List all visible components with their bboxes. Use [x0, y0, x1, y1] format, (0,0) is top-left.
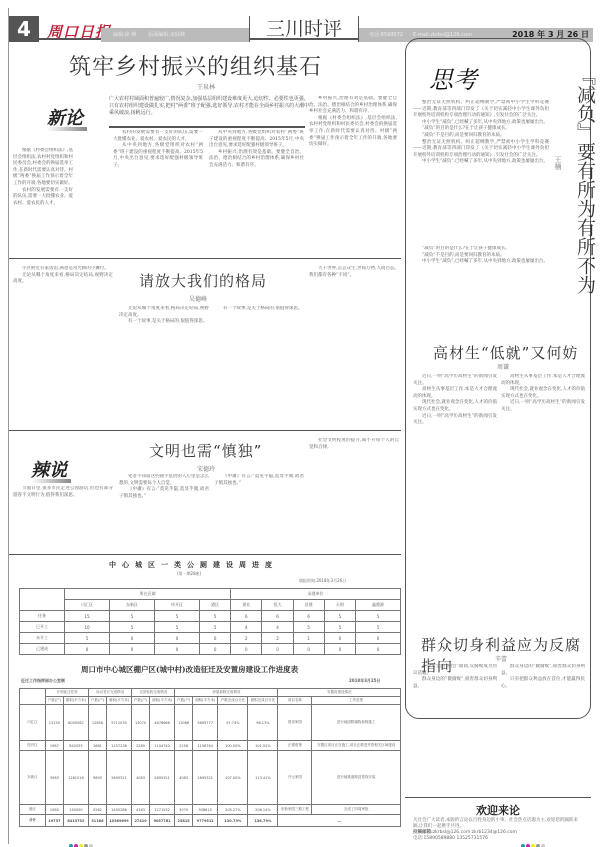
article-title: 请放大我们的格局 — [139, 270, 267, 291]
article-column: 节假日里,很多市民走进公园游玩,但也有部分游客不文明行为,值得我们深思。 — [13, 486, 113, 548]
divider — [109, 126, 305, 128]
page-number: 4 — [9, 16, 39, 42]
sidebar-author: 王楠 — [553, 156, 563, 170]
table-row: 未开工500022100 — [20, 633, 401, 644]
editor: 编辑:徐 峰 — [113, 32, 136, 38]
article-column: 在今年全国“两会”期间,反腐败成为热议话题。群众身边的“微腐败”,损害群众切身利… — [413, 664, 497, 716]
article-lead: 广大农村村域面积普遍较广,情况复杂,加强基层组织建设难度更大,迫切性、必要性也更… — [109, 96, 309, 117]
table-row: 经开区1987842055168111572382289110474022581… — [20, 741, 401, 751]
table-row: 东新区3983126101698932695321408326953214083… — [20, 751, 401, 805]
divider — [9, 554, 401, 555]
article-column: 乡村振兴,治理有效是基础。要健全自治、法治、德治相结合的乡村治理体系,确保乡村社… — [309, 96, 397, 256]
masthead: 4 周口日报 编辑:徐 峰版面编辑:宋陆峰 三川时评 电话:8599572E-m… — [9, 8, 593, 40]
article-column: 根据《村委会组织法》,基层会组织法,农村村党组织和村民委员会,村委会的换届选举工… — [13, 148, 73, 253]
article-column: 农村的发展需要有一支好的队伍,需要一大批懂农业、爱农村、爱农民的人才。从中央到地… — [113, 130, 203, 255]
table-row: 港区15601500005562140528641631271532307093… — [20, 805, 401, 815]
article-column: 大千世界,芸芸众生,世间万物,人间百态。我们都有各种“不同”。 — [309, 266, 399, 426]
table-subtitle: (第一期28座) — [177, 571, 201, 577]
article-column: 《中庸》有言:“莫见乎隐,莫显乎微,故君子慎其独也。” — [214, 474, 304, 548]
table-issuer: 征迁工作指挥部办公室制 — [21, 678, 65, 684]
article-author: 辛蕾 — [495, 654, 507, 663]
article-column: 群众身边的“微腐败”,损害群众切身利益。只有把群众利益放在首位,才能赢得民心。 — [501, 664, 585, 716]
table-row: 任务1555566655 — [20, 611, 401, 622]
table-row: 合计19737841375231186103696992741090577612… — [20, 815, 401, 827]
table-row: 已建成000000000 — [20, 644, 401, 655]
toilet-progress-table: 所在区域承建单位 川汇区东新区经开区港区建业恒大昌建天明鑫鼎源 任务155556… — [19, 588, 401, 655]
divider — [9, 258, 401, 259]
welcome-text: 凡社会广大读者,本版约言论以百姓身边的小事、社会热点话题为主,欢迎您的踊跃来稿,… — [405, 818, 591, 830]
welcome-title: 欢迎来论 — [405, 802, 591, 818]
article-column: 高材生从事基层工作,本是人才合理流动的体现。现代社会,就业观念在变化,人才的价值… — [501, 374, 585, 586]
article-column: 从中央到地方,各级党组织对农村“两委”班子建设的重视程度不断提高。2015年5月… — [209, 130, 304, 255]
article-title: 筑牢乡村振兴的组织基石 — [69, 50, 359, 81]
stamp-sikao: 思考 — [429, 60, 477, 95]
table-title: 周口市中心城区棚户区(城中村)改造征迁及安置房建设工作进度表 — [81, 664, 298, 675]
divider — [9, 430, 401, 431]
table-row: 已开工1055544555 — [20, 622, 401, 633]
section-title: 三川时评 — [249, 16, 359, 42]
article-column: 小区附近有家饭馆,满意是常光顾的小摊位。无论从哪个角度来看,格局决定结局,视野决… — [13, 266, 113, 426]
welcome-submissions: 欢迎来论 凡社会广大读者,本版约言论以百姓身边的小事、社会热点话题为主,欢迎您的… — [405, 797, 591, 847]
article-author: 王泉林 — [197, 82, 215, 91]
sidebar-body: “减负”的目的是什么?在于让孩子健康成长。“减负”不是目的,而是要回归教育的本质… — [413, 246, 585, 314]
article-column: 近日,一则“高学历高材生”的新闻引发关注。高材生从事基层工作,本是人才合理流动的… — [413, 374, 497, 586]
table-title: 中心城区一类公厕建设周进度 — [109, 560, 278, 570]
article-column: 有一个故事,是关于格局的,很值得深思。 — [214, 306, 304, 426]
report-time: 填报时间:2018年3月26日 — [299, 578, 346, 584]
article-author: 吴德峰 — [189, 294, 207, 303]
article-author: 周谦 — [497, 362, 509, 371]
welcome-email: zkrbsl@126.com zkrb1234@126.com — [433, 830, 517, 835]
article-author: 宋德玲 — [197, 464, 215, 473]
stamp-lashuo: 辣说 — [31, 456, 71, 483]
article-column: 社会文明程度的提升,离不开每个人的自觉和自律。 — [309, 438, 399, 548]
proofreader: 版面编辑:宋陆峰 — [148, 32, 185, 38]
article-column: 笔者不知道这些随手乱扔的人心里是怎么想的,文明需要每个人自觉。《中庸》有言:“莫… — [119, 474, 209, 548]
editor-band: 编辑:徐 峰版面编辑:宋陆峰 — [101, 28, 249, 42]
stamp-xinlun: 新论 — [47, 104, 87, 131]
article-title: 高材生“低就”又何妨 — [433, 342, 578, 363]
article-column: 无论从哪个角度来看,格局决定结局,视野决定高度。有一个故事,是关于格局的,很值得… — [119, 306, 209, 426]
resettlement-progress-table: 计划征迁任务协议签订完成情况交房验收完成情况房屋拆除完成情况安置房建设情况 户数… — [19, 688, 401, 827]
table-date: 2018年3月25日 — [349, 678, 380, 684]
newspaper-page: 4 周口日报 编辑:徐 峰版面编辑:宋陆峰 三川时评 电话:8599572E-m… — [8, 8, 592, 844]
phone: 电话:8599572 — [369, 32, 403, 38]
table-row: 川汇区1315060005621265657120301307046766661… — [20, 705, 401, 741]
article-title: 文明也需“慎独” — [149, 440, 262, 461]
welcome-phone: 15890589880 13525731576 — [424, 836, 488, 841]
